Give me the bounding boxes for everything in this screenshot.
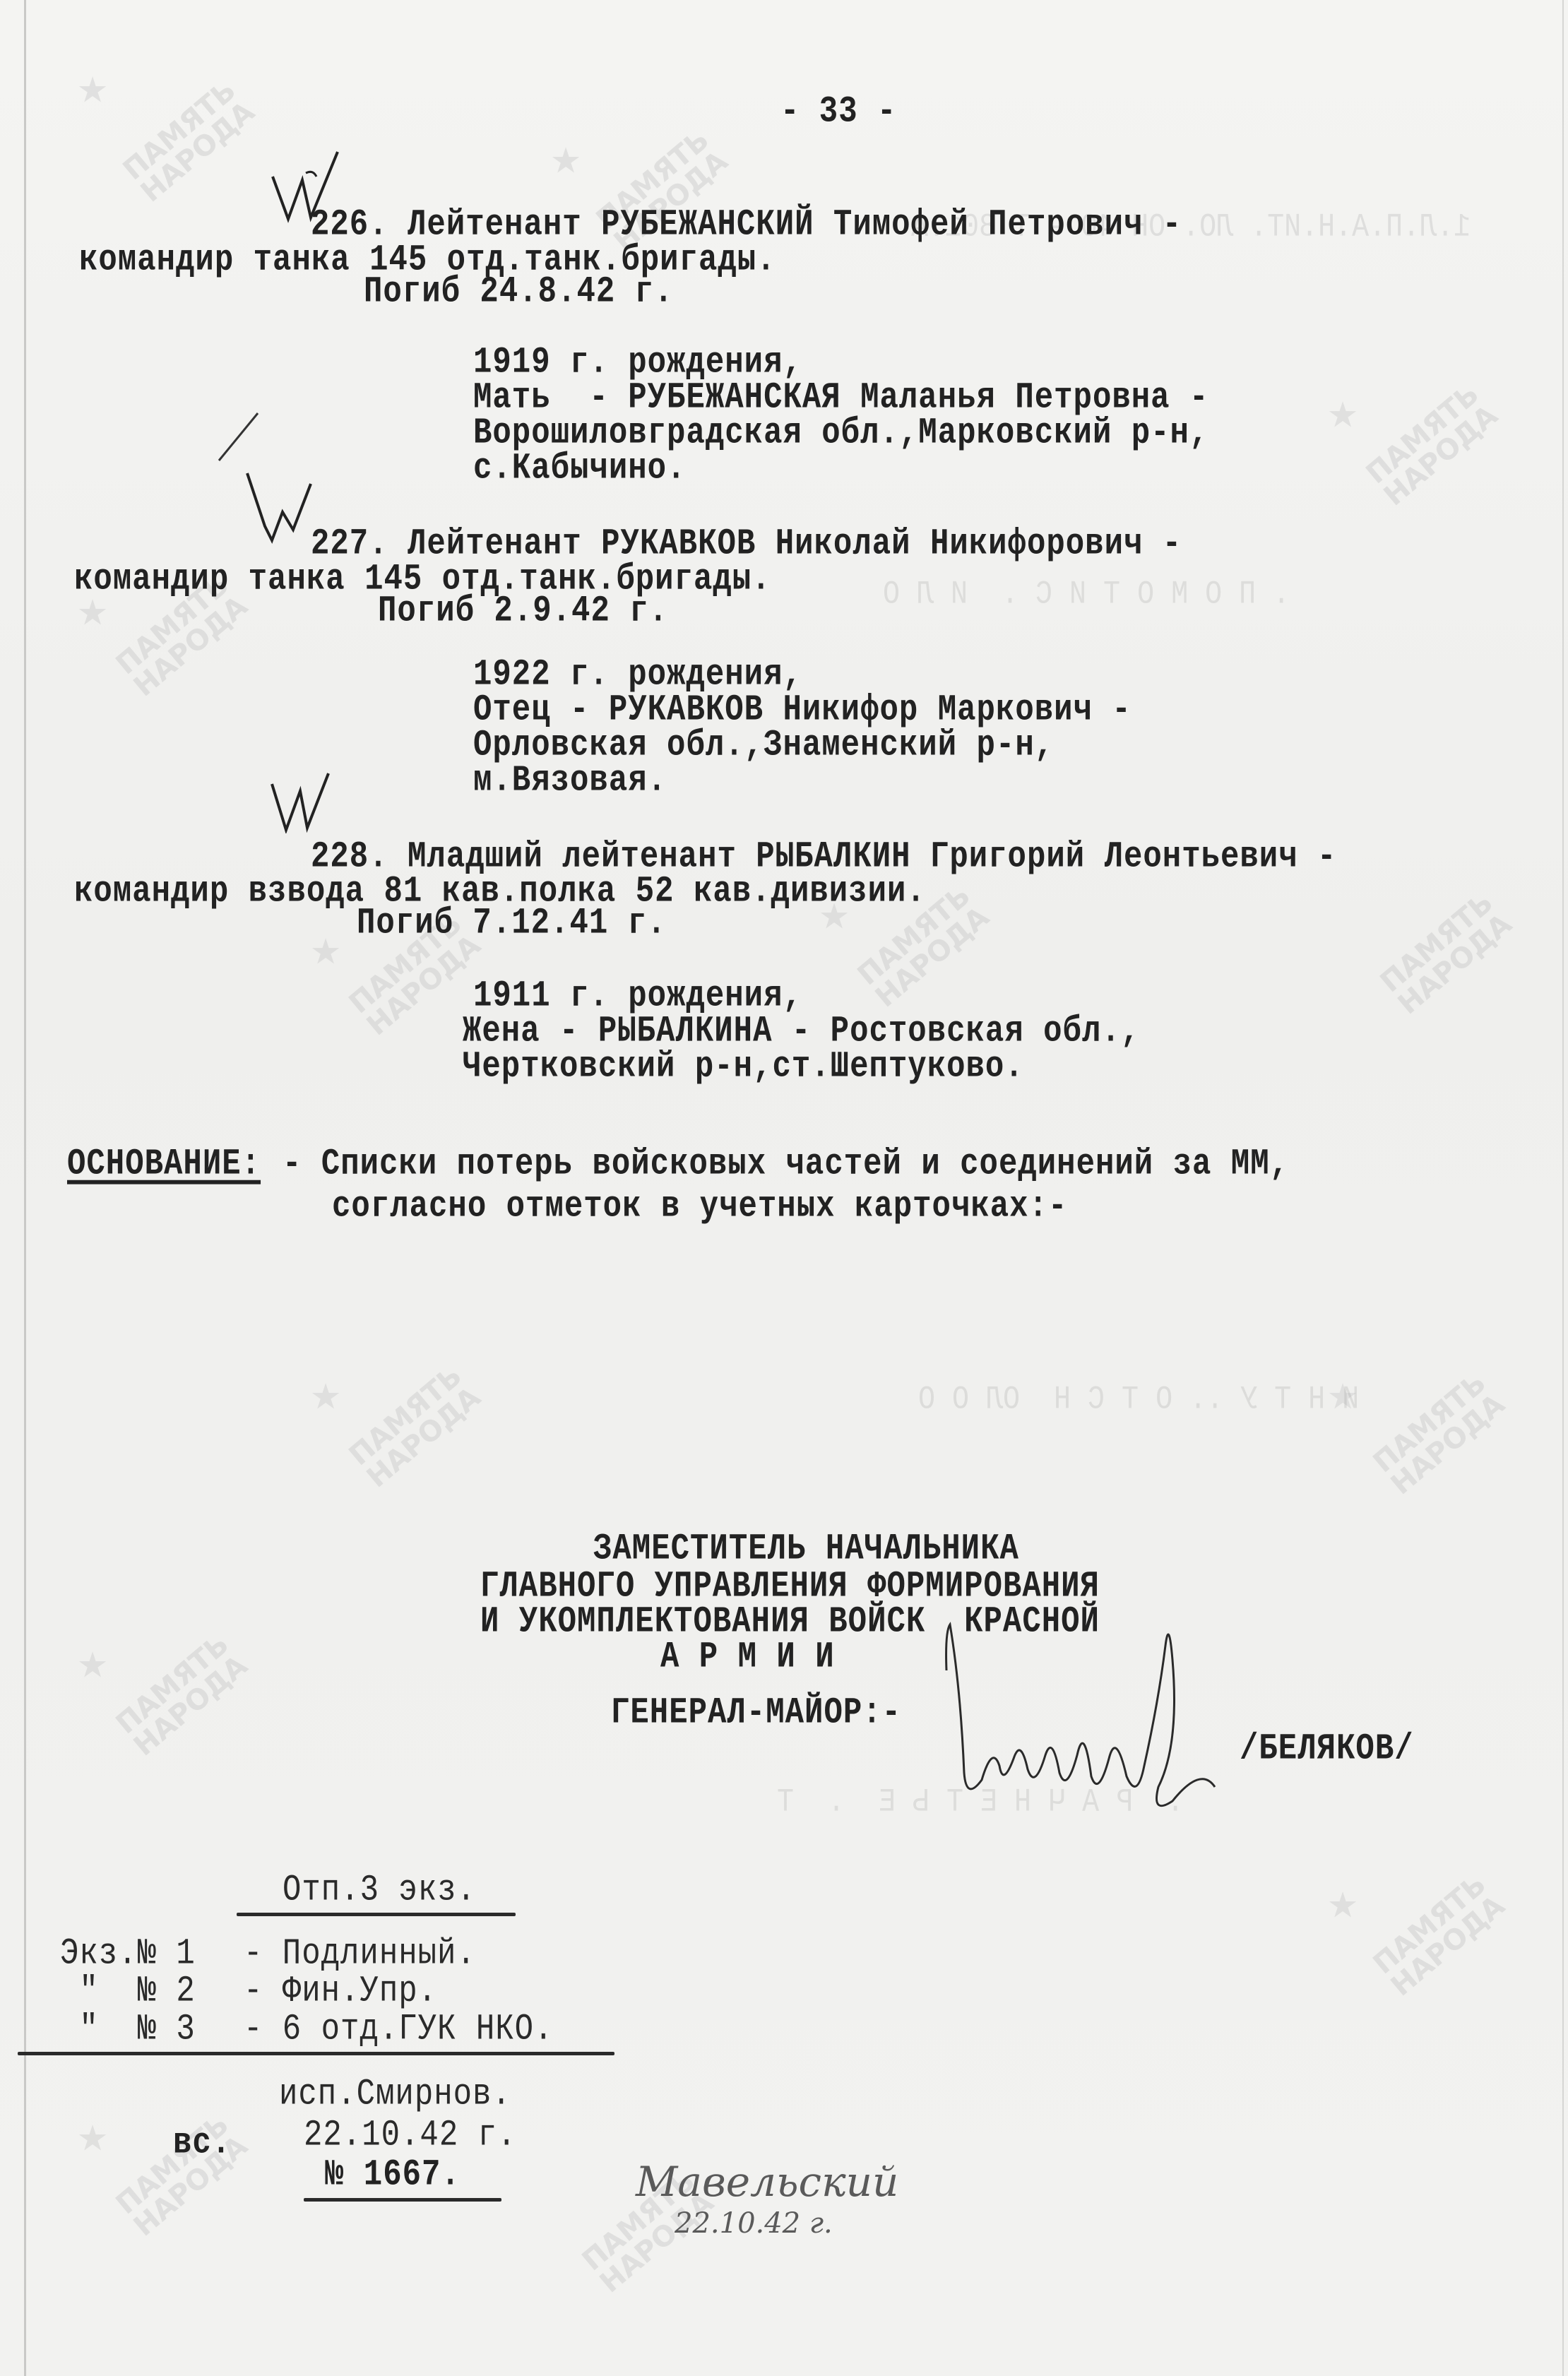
handwritten-name: Мавельский: [636, 2158, 898, 2206]
distribution-title: Отп.3 экз.: [283, 1870, 476, 1911]
document-date: 22.10.42 г.: [304, 2115, 516, 2156]
watermark: ПАМЯТЬ НАРОДА: [1375, 888, 1516, 1019]
entry-relative-line: м.Вязовая.: [473, 761, 667, 801]
basis-label: ОСНОВАНИЕ:: [67, 1144, 261, 1184]
executor: исп.Смирнов.: [279, 2074, 511, 2115]
watermark: ПАМЯТЬ НАРОДА: [1368, 1368, 1509, 1499]
watermark-star-icon: ★: [551, 127, 581, 189]
bleed-through-text: . П О М О Т И С . И Л О: [883, 577, 1290, 614]
watermark: ПАМЯТЬ НАРОДА: [111, 1629, 252, 1761]
watermark-star-icon: ★: [1328, 381, 1358, 443]
bleed-through-text: И Н Т У .. О Т С Н ОЛ О О: [918, 1382, 1359, 1419]
watermark: ПАМЯТЬ НАРОДА: [1368, 1870, 1509, 2001]
watermark-star-icon: ★: [78, 57, 107, 118]
basis-text-line: - Списки потерь войсковых частей и соеди…: [283, 1144, 1289, 1184]
handwritten-checkmark-icon: [244, 470, 314, 547]
archival-document-page: ★ ПАМЯТЬ НАРОДА ★ ПАМЯТЬ НАРОДА ★ ПАМЯТЬ…: [0, 0, 1568, 2376]
copy-prefix: " № 3: [60, 2009, 196, 2050]
copy-destination: - 6 отд.ГУК НКО.: [244, 2009, 553, 2050]
signatory-rank: ГЕНЕРАЛ-МАЙОР:-: [611, 1693, 901, 1733]
signatory-title-line: ЗАМЕСТИТЕЛЬ НАЧАЛЬНИКА: [593, 1529, 1019, 1569]
page-edge-left: [24, 0, 26, 2376]
copy-destination: - Подлинный.: [244, 1934, 476, 1974]
watermark-star-icon: ★: [78, 2105, 107, 2166]
divider: [304, 2198, 501, 2202]
signatory-title-line: А Р М И И: [660, 1637, 835, 1677]
handwritten-date: 22.10.42 г.: [675, 2207, 833, 2240]
entry-died: Погиб 7.12.41 г.: [357, 903, 666, 944]
watermark: ПАМЯТЬ НАРОДА: [118, 76, 259, 207]
watermark-star-icon: ★: [311, 1363, 340, 1425]
entry-died: Погиб 24.8.42 г.: [364, 272, 673, 312]
entry-relative-line: Чертковский р-н,ст.Шептуково.: [463, 1047, 1024, 1087]
watermark: ПАМЯТЬ НАРОДА: [1361, 379, 1502, 511]
document-number: № 1667.: [325, 2155, 461, 2195]
watermark-star-icon: ★: [1328, 1872, 1358, 1933]
page-number: - 33 -: [780, 92, 896, 132]
handwritten-checkmark-icon: [268, 770, 332, 833]
copy-prefix: " № 2: [60, 1971, 196, 2012]
copy-prefix: Экз.№ 1: [60, 1934, 196, 1974]
entry-relative-line: с.Кабычино.: [473, 449, 686, 489]
page-edge-right: [1562, 0, 1564, 2376]
divider: [237, 1913, 516, 1916]
watermark-star-icon: ★: [78, 1632, 107, 1693]
copy-destination: - Фин.Упр.: [244, 1971, 437, 2012]
watermark: ПАМЯТЬ НАРОДА: [344, 1361, 485, 1492]
handwritten-signature-icon: [932, 1603, 1271, 1836]
divider: [18, 2052, 614, 2055]
entry-died: Погиб 2.9.42 г.: [378, 591, 668, 631]
watermark-star-icon: ★: [311, 918, 340, 980]
typist-initials: вс.: [173, 2123, 231, 2163]
handwritten-tick-icon: [215, 410, 265, 466]
signatory-name: /БЕЛЯКОВ/: [1240, 1729, 1414, 1769]
basis-text-line: согласно отметок в учетных карточках:-: [332, 1187, 1067, 1227]
